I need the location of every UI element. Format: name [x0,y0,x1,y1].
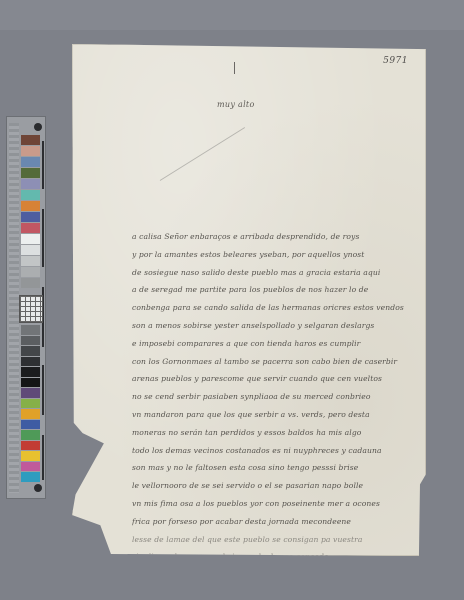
manuscript-line: moneras no serán tan perdidos y essos ba… [132,424,422,442]
manuscript-line: conbenga para se cando salida de las her… [132,299,422,317]
color-swatch [21,245,40,255]
color-swatch [21,451,40,461]
strip-hole-bottom [34,484,42,492]
color-swatch [21,267,40,277]
manuscript-line: vn mandaron para que los que serbir a vs… [132,406,422,424]
scan-background [0,0,464,30]
letter-salutation: muy alto [217,100,255,109]
color-swatch [21,346,40,356]
manuscript-line: y por la amantes estos beleares yseban, … [132,246,422,264]
manuscript-line: son a menos sobirse yester anselspollado… [132,317,422,335]
manuscript-line: todo los demas vecinos costanados es ni … [132,442,422,460]
color-swatch [21,168,40,178]
folio-number: 5971 [383,56,408,66]
color-swatch [21,472,40,482]
manuscript-line: frica por forseso por acabar desta jorna… [132,513,422,531]
color-swatch [21,420,40,430]
color-swatch [21,190,40,200]
color-swatch [21,409,40,419]
handwritten-text-body: a calisa Señor enbaraços e arribada desp… [132,228,422,566]
manuscript-line: de sosiegue naso salido deste pueblo mas… [132,264,422,282]
color-calibration-target [6,116,46,499]
color-swatch [21,146,40,156]
manuscript-line: a calisa Señor enbaraços e arribada desp… [132,228,422,246]
strip-rule [42,435,44,480]
color-swatch [21,234,40,244]
color-swatch [21,462,40,472]
calibration-scale-text [9,123,19,493]
manuscript-line: lesse de lamae del que este pueblo se co… [132,531,422,549]
color-swatch [21,325,40,335]
strip-rule [42,209,44,267]
paper-crease [160,127,245,181]
color-swatch [21,256,40,266]
color-swatch [21,357,40,367]
color-swatch [21,179,40,189]
manuscript-line: e imposebi comparares a que con tienda h… [132,335,422,353]
color-swatch [21,367,40,377]
color-swatch [21,399,40,409]
color-swatch [21,378,40,388]
color-swatch [21,388,40,398]
manuscript-line: arenas pueblos y parescome que servir cu… [132,370,422,388]
manuscript-line: vn mis fima osa a los pueblos yor con po… [132,495,422,513]
manuscript-line: le vellornooro de se sei servido o el se… [132,477,422,495]
color-swatch [21,157,40,167]
manuscript-line: a de seregad me partite para los pueblos… [132,281,422,299]
manuscript-line: con los Gornonmaes al tambo se pacerra s… [132,353,422,371]
color-swatch [21,212,40,222]
manuscript-line: son mas y no le faltosen esta cosa sino … [132,459,422,477]
manuscript-page: 5971 muy alto a calisa Señor enbaraços e… [72,44,426,556]
color-swatch [21,223,40,233]
color-swatch [21,278,40,288]
color-swatch [21,135,40,145]
manuscript-line: sinplisa a de su merced cien nada de seo… [132,548,422,566]
color-swatch [21,441,40,451]
color-swatch [21,201,40,211]
strip-hole-top [34,123,42,131]
page-mark [234,62,235,74]
manuscript-line: no se cend serbir pasiaben synpliaoa de … [132,388,422,406]
strip-rule [42,141,44,189]
color-swatch [21,430,40,440]
strip-rule [42,365,44,415]
color-swatch [21,336,40,346]
strip-label-card [19,295,43,323]
